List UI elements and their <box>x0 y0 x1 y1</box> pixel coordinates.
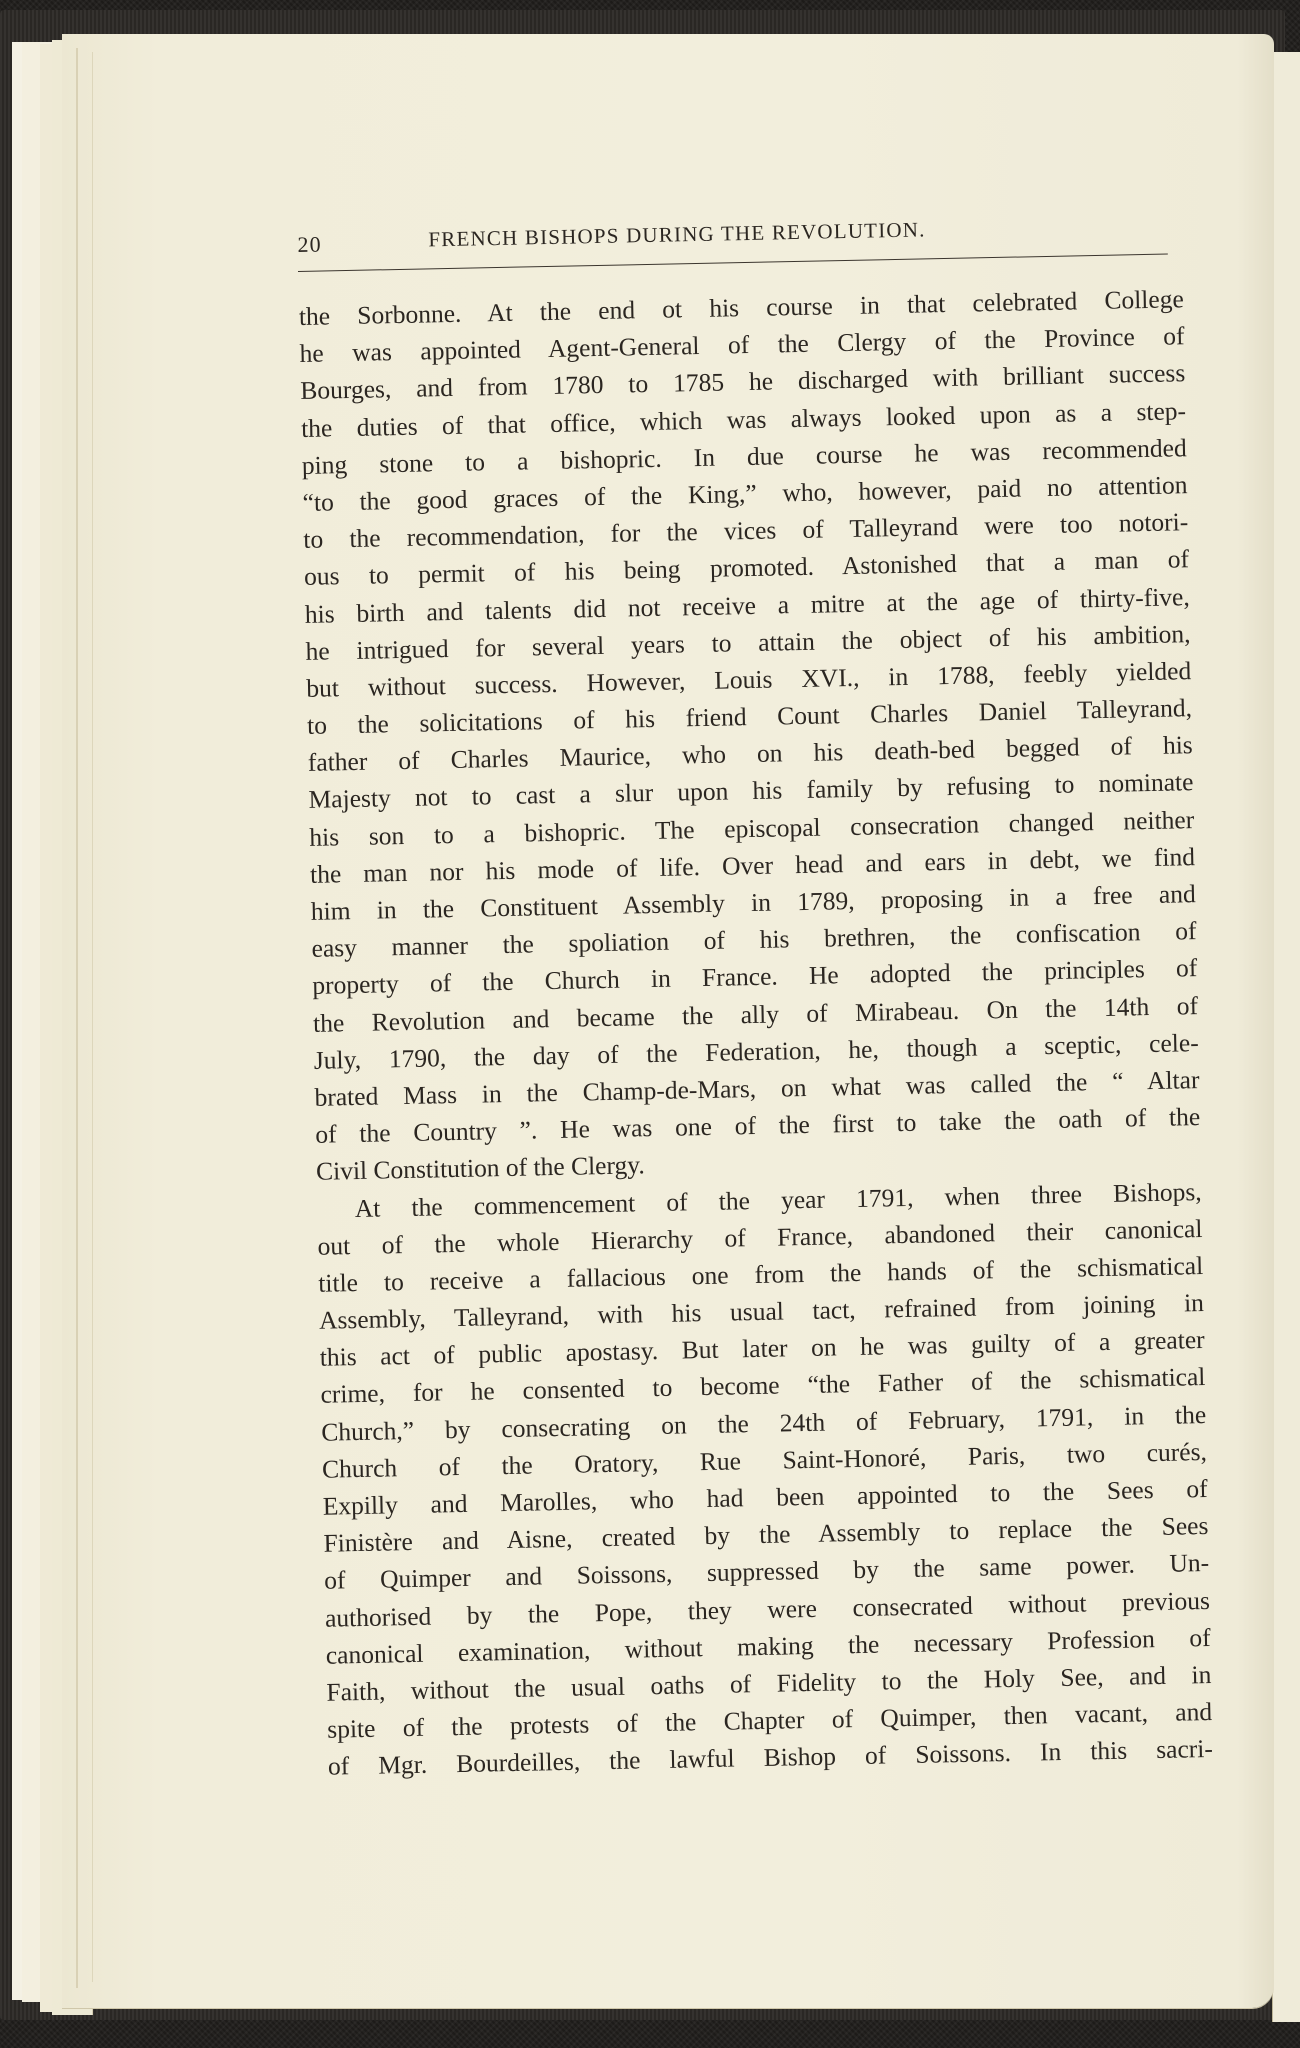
page-fold-line <box>76 48 78 1988</box>
page-fold-line <box>92 52 93 1982</box>
page-content: 20 FRENCH BISHOPS DURING THE REVOLUTION.… <box>297 204 1213 1785</box>
body-text: the Sorbonne. At the end ot his course i… <box>299 280 1214 1785</box>
page-number: 20 <box>297 232 322 258</box>
facing-page-edge <box>1272 52 1300 2022</box>
running-title: FRENCH BISHOPS DURING THE REVOLUTION. <box>428 217 926 252</box>
